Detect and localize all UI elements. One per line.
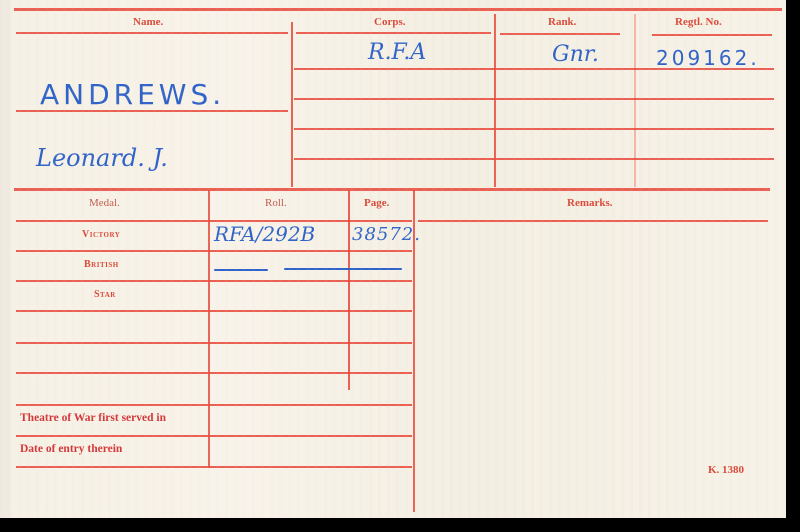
corps-value: R.F.A bbox=[368, 40, 426, 65]
page-header: Page. bbox=[364, 197, 389, 209]
regtl-no-header: Regtl. No. bbox=[675, 16, 722, 28]
header-rule-regtl bbox=[652, 34, 772, 36]
date-of-entry-label: Date of entry therein bbox=[20, 443, 122, 455]
scan-border-bottom bbox=[0, 518, 800, 532]
grid-row-rule-2 bbox=[294, 98, 774, 100]
medal-header: Medal. bbox=[89, 197, 120, 209]
section-rule bbox=[14, 188, 770, 191]
ditto-stroke-right bbox=[284, 268, 402, 270]
theatre-of-war-label: Theatre of War first served in bbox=[20, 412, 166, 424]
corps-header: Corps. bbox=[374, 16, 405, 28]
medal-row-star-label: Star bbox=[94, 289, 116, 300]
rank-value: Gnr. bbox=[552, 42, 599, 67]
regtl-no-value: 209162. bbox=[656, 46, 760, 70]
medal-row-victory-label: Victory bbox=[82, 229, 120, 240]
scan-border-right bbox=[786, 0, 800, 532]
medal-row-rule-1 bbox=[16, 250, 412, 252]
medal-row-rule-6 bbox=[16, 404, 412, 406]
roll-header: Roll. bbox=[265, 197, 287, 209]
card-left-edge bbox=[0, 0, 10, 518]
divider-corps-rank bbox=[494, 14, 496, 187]
medal-row-rule-3 bbox=[16, 310, 412, 312]
date-entry-rule bbox=[16, 466, 412, 468]
ditto-stroke-left bbox=[214, 269, 268, 271]
medal-row-rule-2 bbox=[16, 280, 412, 282]
medal-row-rule-5 bbox=[16, 372, 412, 374]
medal-row-rule-4 bbox=[16, 342, 412, 344]
header-rule-corps bbox=[296, 32, 491, 34]
form-number: K. 1380 bbox=[708, 464, 744, 476]
theatre-rule bbox=[16, 435, 412, 437]
medal-row-british-label: British bbox=[84, 259, 119, 270]
remarks-header: Remarks. bbox=[567, 197, 613, 209]
medal-row-victory-roll: RFA/292B bbox=[214, 222, 315, 246]
divider-rank-regtl bbox=[634, 14, 636, 187]
header-rule-rank bbox=[500, 33, 620, 35]
divider-medal-roll bbox=[208, 190, 210, 468]
grid-row-rule-4 bbox=[294, 158, 774, 160]
remarks-header-rule bbox=[418, 220, 768, 222]
medal-index-card: Name. Corps. Rank. Regtl. No. ANDREWS. L… bbox=[0, 0, 786, 518]
surname-value: ANDREWS. bbox=[40, 78, 225, 111]
forenames-value: Leonard. J. bbox=[36, 144, 168, 172]
grid-row-rule-3 bbox=[294, 128, 774, 130]
name-header: Name. bbox=[133, 16, 163, 28]
top-rule bbox=[14, 8, 782, 11]
divider-name-corps bbox=[291, 22, 293, 187]
rank-header: Rank. bbox=[548, 16, 576, 28]
medal-row-victory-page: 38572. bbox=[352, 224, 421, 245]
header-rule-name bbox=[16, 32, 288, 34]
